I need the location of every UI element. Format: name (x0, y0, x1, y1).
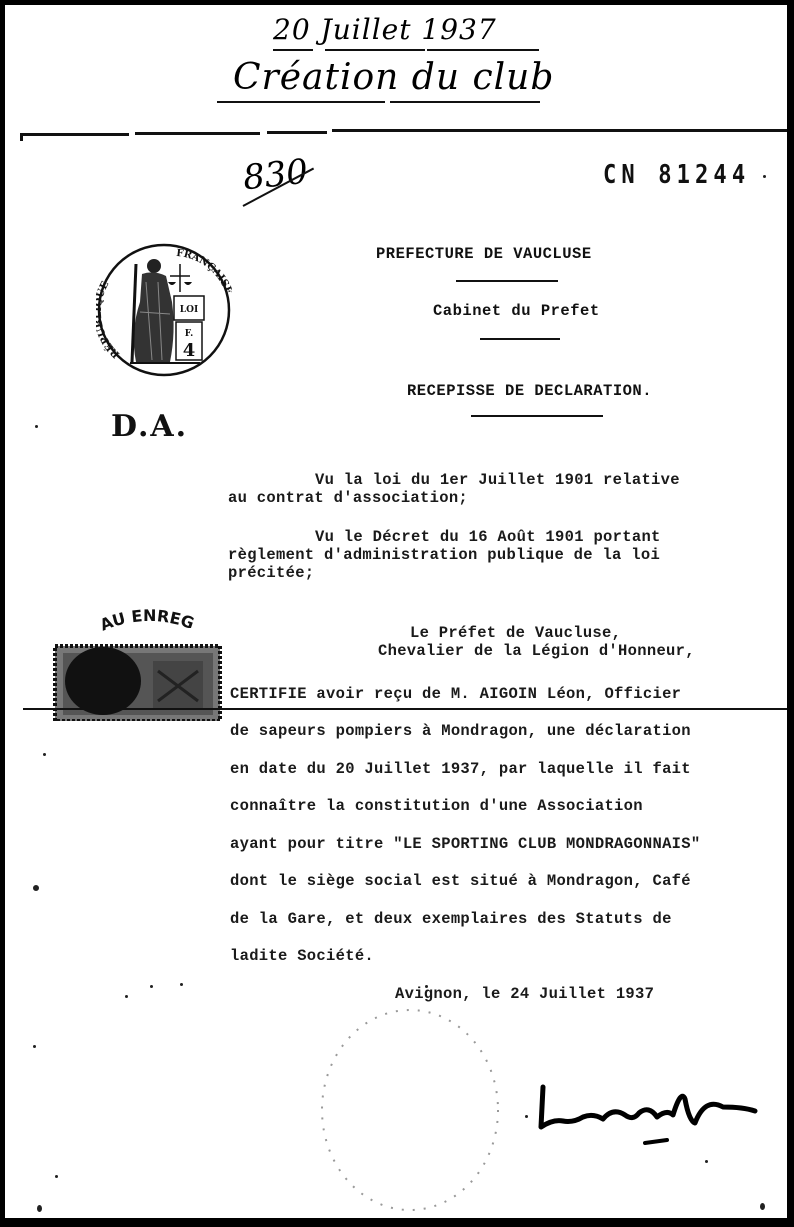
issuer-line2: Chevalier de la Légion d'Honneur, (378, 642, 695, 660)
underline (217, 101, 385, 103)
separator-rule (267, 131, 327, 134)
preamble-decree-line2: règlement d'administration publique de l… (228, 546, 660, 564)
heading-rule (456, 280, 558, 282)
document-page: 20 Juillet 1937 Création du club 830 CN … (5, 5, 787, 1218)
republic-seal-icon: RÉPUBLIQUE FRANÇAISE LOI F. 4 (96, 242, 232, 378)
body-line-7: de la Gare, et deux exemplaires des Stat… (230, 910, 672, 928)
body-line-3: en date du 20 Juillet 1937, par laquelle… (230, 760, 691, 778)
body-line-5: ayant pour titre "LE SPORTING CLUB MONDR… (230, 835, 700, 853)
svg-text:AU ENREG: AU ENREG (97, 606, 196, 635)
rule-corner (20, 133, 23, 141)
underline (273, 49, 313, 51)
registry-number: CN 81244 (603, 160, 750, 190)
fiscal-stamp-icon: AU ENREG (43, 591, 233, 721)
separator-rule (332, 129, 787, 132)
stamp-arc-text: AU ENREG (97, 606, 196, 635)
svg-text:FRANÇAISE: FRANÇAISE (176, 248, 232, 296)
faint-circular-stamp-icon (305, 1000, 505, 1218)
separator-rule (135, 132, 260, 135)
body-line-4: connaître la constitution d'une Associat… (230, 797, 643, 815)
signature-icon (533, 1077, 773, 1147)
prefecture-heading: PREFECTURE DE VAUCLUSE (376, 245, 592, 263)
preamble-decree-line3: précitée; (228, 564, 314, 582)
preamble-law-line1: Vu la loi du 1er Juillet 1901 relative (315, 471, 680, 489)
separator-rule (21, 133, 129, 136)
svg-text:RÉPUBLIQUE: RÉPUBLIQUE (96, 279, 122, 359)
body-line-2: de sapeurs pompiers à Mondragon, une déc… (230, 722, 691, 740)
body-line-6: dont le siège social est situé à Mondrag… (230, 872, 691, 890)
body-line-1: CERTIFIE avoir reçu de M. AIGOIN Léon, O… (230, 685, 681, 703)
heading-rule (480, 338, 560, 340)
preamble-decree-line1: Vu le Décret du 16 Août 1901 portant (315, 528, 661, 546)
body-underline (23, 708, 787, 710)
initials-da: D.A. (111, 409, 188, 444)
svg-text:F.: F. (185, 329, 194, 339)
underline (390, 101, 540, 103)
cabinet-heading: Cabinet du Prefet (433, 302, 600, 320)
heading-rule (471, 415, 603, 417)
handwritten-title: Création du club (233, 57, 554, 98)
svg-text:4: 4 (183, 340, 196, 361)
underline (427, 49, 539, 51)
preamble-law-line2: au contrat d'association; (228, 489, 468, 507)
issuer-line1: Le Préfet de Vaucluse, (410, 624, 621, 642)
receipt-title: RECEPISSE DE DECLARATION. (407, 382, 652, 400)
underline (325, 49, 425, 51)
svg-text:LOI: LOI (180, 305, 198, 315)
body-line-8: ladite Société. (230, 947, 374, 965)
handwritten-date: 20 Juillet 1937 (273, 13, 497, 46)
